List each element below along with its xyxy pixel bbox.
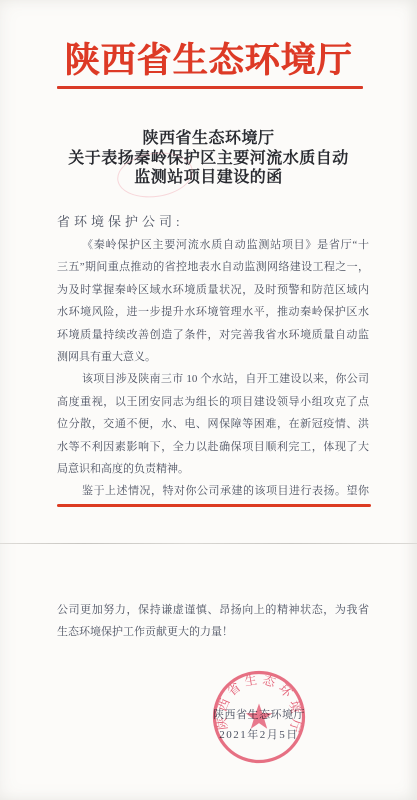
official-seal-stamp: 陕西省生态环境厅 [211, 669, 307, 765]
salutation: 省环境保护公司: [57, 211, 184, 230]
body-line: 水环境风险，进一步提升水环境管理水平，推动秦岭保护区水 [57, 301, 369, 323]
body-line: 水等不利因素影响下，全力以赴确保项目顺利完工，体现了大 [57, 436, 369, 458]
body-line: 高度重视，以王团安同志为组长的项目建设领导小组攻克了点 [57, 391, 369, 413]
title-line: 关于表扬秦岭保护区主要河流水质自动 [0, 149, 417, 169]
title-line: 监测站项目建设的函 [0, 168, 417, 188]
scan-page-seam [0, 543, 417, 544]
scanned-letter-page: 陕西省生态环境厅 陕西省生态环境厅 关于表扬秦岭保护区主要河流水质自动 监测站项… [0, 0, 417, 800]
body-line: 测网具有重大意义。 [57, 346, 369, 368]
body-line: 公司更加努力，保持谦虚谨慎、昂扬向上的精神状态，为我省 [57, 599, 369, 621]
body-line: 《秦岭保护区主要河流水质自动监测站项目》是省厅“十 [57, 234, 369, 256]
body-line: 局意识和高度的负责精神。 [57, 458, 369, 480]
body-line: 生态环境保护工作贡献更大的力量！ [57, 621, 369, 643]
page-footer-red-rule [57, 504, 371, 507]
body-line: 位分散，交通不便，水、电、网保障等困难，在新冠疫情、洪 [57, 413, 369, 435]
body-line: 三五”期间重点推动的省控地表水自动监测网络建设工程之一， [57, 256, 369, 278]
body-line: 环境质量持续改善创造了条件，对完善我省水环境质量自动监 [57, 324, 369, 346]
body-page1: 《秦岭保护区主要河流水质自动监测站项目》是省厅“十 三五”期间重点推动的省控地表… [57, 234, 369, 503]
document-title: 陕西省生态环境厅 关于表扬秦岭保护区主要河流水质自动 监测站项目建设的函 [0, 129, 417, 188]
official-seal-icon: 陕西省生态环境厅 [211, 669, 307, 765]
body-line: 该项目涉及陕南三市 10 个水站，自开工建设以来，你公司 [57, 368, 369, 390]
seal-star-icon [246, 704, 273, 729]
body-line: 为及时掌握秦岭区域水环境质量状况，及时预警和防范区域内 [57, 279, 369, 301]
title-line: 陕西省生态环境厅 [0, 129, 417, 149]
body-page2: 公司更加努力，保持谦虚谨慎、昂扬向上的精神状态，为我省 生态环境保护工作贡献更大… [57, 599, 369, 644]
letterhead-rule [57, 86, 363, 89]
body-line: 鉴于上述情况，特对你公司承建的该项目进行表扬。望你 [57, 480, 369, 502]
letterhead-org-name: 陕西省生态环境厅 [0, 33, 417, 83]
